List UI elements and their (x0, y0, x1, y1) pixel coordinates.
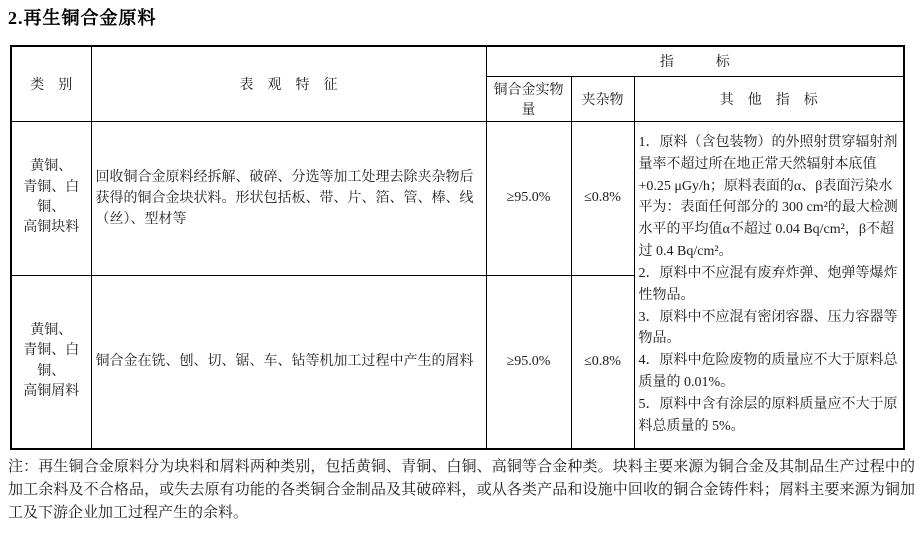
inclusions-block-material: ≤0.8% (571, 121, 634, 275)
column-header-copper-content: 铜合金实物量 (486, 76, 571, 121)
category-block-material: 黄铜、 青铜、白铜、 高铜块料 (11, 121, 91, 275)
copper-content-block-material: ≥95.0% (486, 121, 571, 275)
category-chips-material: 黄铜、 青铜、白铜、 高铜屑料 (11, 275, 91, 449)
column-header-appearance: 表 观 特 征 (91, 46, 486, 121)
other-indicators-cell: 1．原料（含包装物）的外照射贯穿辐射剂量率不超过所在地正常天然辐射本底值+0.2… (634, 121, 904, 449)
column-header-indicators: 指 标 (486, 46, 904, 76)
appearance-chips-material: 铜合金在铣、刨、切、锯、车、钻等机加工过程中产生的屑料 (91, 275, 486, 449)
other-indicator-item-2: 2．原料中不应混有废弃炸弹、炮弹等爆炸性物品。 (639, 263, 900, 307)
copper-content-chips-material: ≥95.0% (486, 275, 571, 449)
appearance-block-material: 回收铜合金原料经拆解、破碎、分选等加工处理去除夹杂物后获得的铜合金块状料。形状包… (91, 121, 486, 275)
other-indicator-item-3: 3．原料中不应混有密闭容器、压力容器等物品。 (639, 307, 900, 351)
other-indicator-item-5: 5．原料中含有涂层的原料质量应不大于原料总质量的 5%。 (639, 394, 900, 438)
footnote: 注：再生铜合金原料分为块料和屑料两种类别，包括黄铜、青铜、白铜、高铜等合金种类。… (8, 456, 915, 525)
column-header-category: 类 别 (11, 46, 91, 121)
spec-table: 类 别 表 观 特 征 指 标 铜合金实物量 夹杂物 其 他 指 标 黄铜、 青… (10, 45, 905, 450)
other-indicator-item-1: 1．原料（含包装物）的外照射贯穿辐射剂量率不超过所在地正常天然辐射本底值+0.2… (639, 132, 900, 263)
document-page: 2.再生铜合金原料 类 别 表 观 特 征 指 标 铜合金实物量 夹杂物 其 他… (0, 0, 923, 538)
page-title: 2.再生铜合金原料 (8, 4, 157, 30)
column-header-inclusions: 夹杂物 (571, 76, 634, 121)
inclusions-chips-material: ≤0.8% (571, 275, 634, 449)
column-header-other-indicators: 其 他 指 标 (634, 76, 904, 121)
header-row-1: 类 别 表 观 特 征 指 标 (11, 46, 904, 76)
other-indicator-item-4: 4．原料中危险废物的质量应不大于原料总质量的 0.01%。 (639, 350, 900, 394)
table-row-block-material: 黄铜、 青铜、白铜、 高铜块料 回收铜合金原料经拆解、破碎、分选等加工处理去除夹… (11, 121, 904, 275)
